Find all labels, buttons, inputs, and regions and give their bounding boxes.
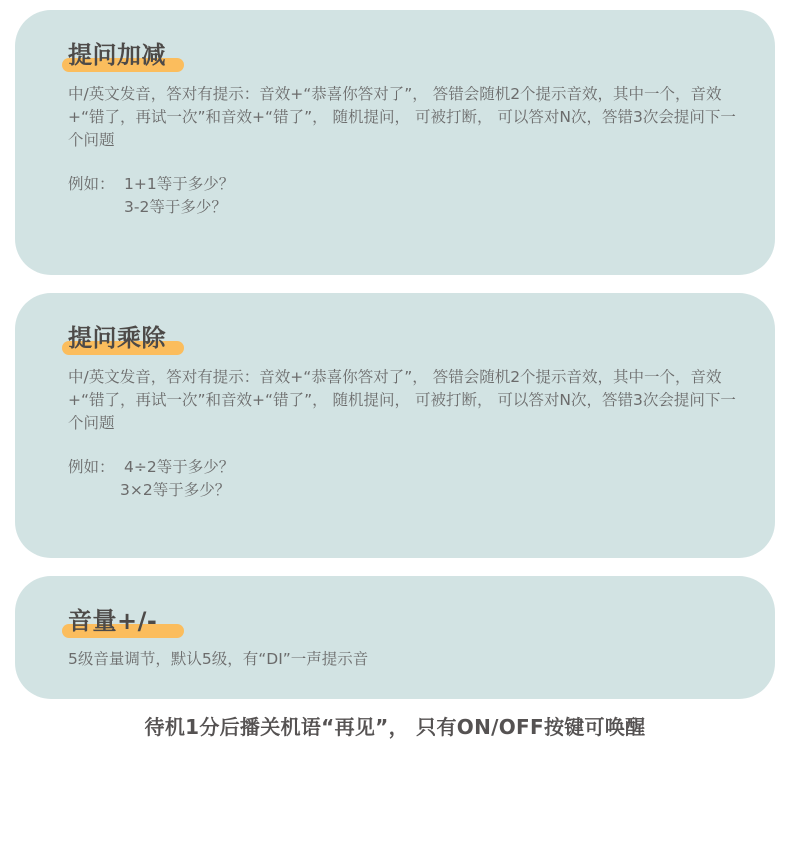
example-item: 1+1等于多少？ xyxy=(124,173,234,196)
section-card-add-subtract: 提问加减 中/英文发音，答对有提示：音效+“恭喜你答对了”， 答错会随机2个提示… xyxy=(15,10,775,275)
examples-block: 例如： 4÷2等于多少？ 3×2等于多少？ xyxy=(68,456,234,502)
example-row: 3-2等于多少？ xyxy=(68,196,234,219)
example-row: 例如： 1+1等于多少？ xyxy=(68,173,234,196)
example-item: 4÷2等于多少？ xyxy=(124,456,234,479)
section-description: 中/英文发音，答对有提示：音效+“恭喜你答对了”， 答错会随机2个提示音效，其中… xyxy=(68,366,748,435)
section-card-volume: 音量+/- 5级音量调节，默认5级，有“DI”一声提示音 xyxy=(15,576,775,699)
example-indent xyxy=(68,479,120,502)
example-item: 3-2等于多少？ xyxy=(124,196,227,219)
example-label: 例如： xyxy=(68,173,124,196)
section-title: 提问乘除 xyxy=(68,321,166,355)
example-row: 3×2等于多少？ xyxy=(68,479,234,502)
section-description: 中/英文发音，答对有提示：音效+“恭喜你答对了”， 答错会随机2个提示音效，其中… xyxy=(68,83,748,152)
section-title: 音量+/- xyxy=(68,604,157,638)
example-indent xyxy=(68,196,124,219)
example-label: 例如： xyxy=(68,456,124,479)
example-item: 3×2等于多少？ xyxy=(120,479,230,502)
section-card-multiply-divide: 提问乘除 中/英文发音，答对有提示：音效+“恭喜你答对了”， 答错会随机2个提示… xyxy=(15,293,775,558)
standby-note: 待机1分后播关机语“再见”， 只有ON/OFF按键可唤醒 xyxy=(0,712,790,742)
section-title: 提问加减 xyxy=(68,38,166,72)
section-description: 5级音量调节，默认5级，有“DI”一声提示音 xyxy=(68,648,748,671)
examples-block: 例如： 1+1等于多少？ 3-2等于多少？ xyxy=(68,173,234,219)
example-row: 例如： 4÷2等于多少？ xyxy=(68,456,234,479)
